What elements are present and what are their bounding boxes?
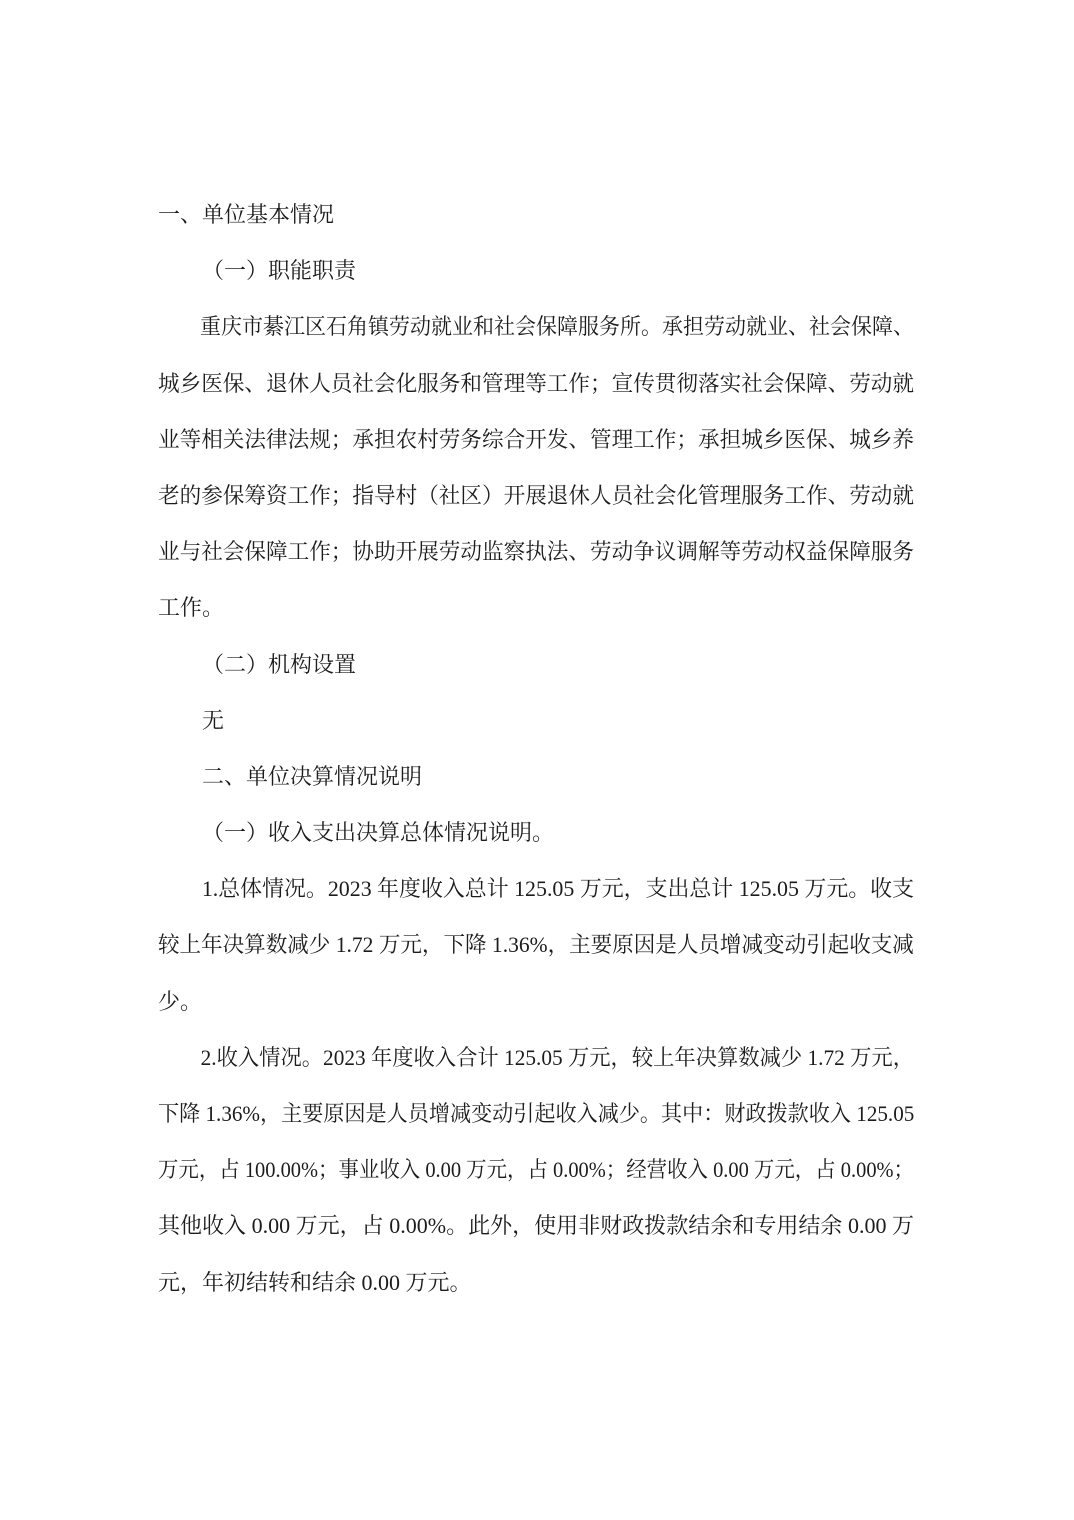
text-line: 下降 1.36%，主要原因是人员增减变动引起收入减少。其中：财政拨款收入 125… [158,1086,883,1142]
text-line: 业等相关法律法规；承担农村劳务综合开发、管理工作；承担城乡医保、城乡养 [158,412,900,468]
document-page: 一、单位基本情况（一）职能职责重庆市綦江区石角镇劳动就业和社会保障服务所。承担劳… [0,0,1074,1520]
text-line: 2.收入情况。2023 年度收入合计 125.05 万元，较上年决算数减少 1.… [158,1030,890,1086]
text-line: 一、单位基本情况 [158,187,914,243]
text-line: 无 [158,693,914,749]
text-line: 重庆市綦江区石角镇劳动就业和社会保障服务所。承担劳动就业、社会保障、 [158,299,880,355]
document-text-block: 一、单位基本情况（一）职能职责重庆市綦江区石角镇劳动就业和社会保障服务所。承担劳… [158,187,914,1311]
text-line: 万元，占 100.00%；事业收入 0.00 万元，占 0.00%；经营收入 0… [158,1142,860,1198]
text-line: 少。 [158,974,914,1030]
text-line: 1.总体情况。2023 年度收入总计 125.05 万元，支出总计 125.05… [158,861,911,917]
text-line: 城乡医保、退休人员社会化服务和管理等工作；宣传贯彻落实社会保障、劳动就 [158,356,900,412]
text-line: （一）收入支出决算总体情况说明。 [158,805,914,861]
text-line: 其他收入 0.00 万元，占 0.00%。此外，使用非财政拨款结余和专用结余 0… [158,1198,914,1254]
text-line: 业与社会保障工作；协助开展劳动监察执法、劳动争议调解等劳动权益保障服务 [158,524,900,580]
text-line: 较上年决算数减少 1.72 万元，下降 1.36%，主要原因是人员增减变动引起收… [158,917,898,973]
text-line: （二）机构设置 [158,637,914,693]
text-line: 二、单位决算情况说明 [158,749,914,805]
text-line: 元，年初结转和结余 0.00 万元。 [158,1255,914,1311]
text-line: 老的参保筹资工作；指导村（社区）开展退休人员社会化管理服务工作、劳动就 [158,468,900,524]
text-line: 工作。 [158,580,914,636]
text-line: （一）职能职责 [158,243,914,299]
